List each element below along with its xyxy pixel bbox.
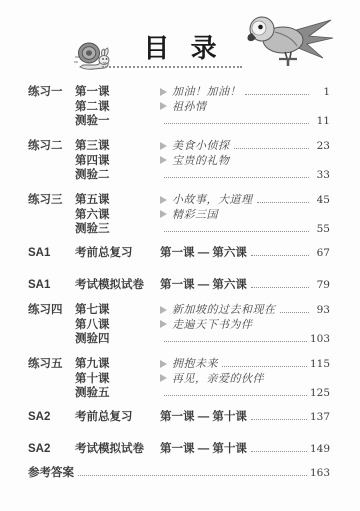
row-content: 第一课 — 第六课 79 [160, 278, 330, 293]
page-number: 115 [310, 357, 330, 372]
toc-row: 测验五 125 [28, 386, 330, 401]
toc-group: 练习四 第七课 新加坡的过去和现在 93 第八课 走遍天下书为伴 [28, 302, 330, 347]
dotted-leader [78, 475, 307, 476]
toc-group: 练习五 第九课 拥抱未来 115 第十课 再见，亲爱的伙伴 测 [28, 356, 330, 401]
lesson-title: 加油！加油！ [172, 84, 241, 99]
page-number: 125 [310, 386, 330, 401]
dotted-leader [222, 366, 307, 367]
lesson-title: 拥抱未来 [172, 356, 218, 371]
item-label: 测验四 [75, 332, 160, 347]
row-content: 加油！加油！ 1 [160, 84, 330, 100]
triangle-bullet-icon [160, 156, 167, 164]
toc-row: 第二课 祖孙情 [28, 99, 330, 114]
toc-group: SA2 考前总复习 第一课 — 第十课 137 [28, 410, 330, 425]
lesson-title: 再见，亲爱的伙伴 [172, 371, 264, 386]
item-label: 考试模拟试卷 [75, 442, 160, 457]
triangle-bullet-icon [160, 196, 167, 204]
toc-page: 目 录 练习一 第一课 加油！ [0, 0, 360, 511]
toc-row: 第四课 宝贵的礼物 [28, 153, 330, 168]
row-content: 11 [160, 114, 330, 129]
toc-row: 第六课 精彩三国 [28, 207, 330, 222]
toc-row: 练习五 第九课 拥抱未来 115 [28, 356, 330, 371]
page-number: 93 [312, 303, 330, 318]
page-number: 137 [310, 410, 330, 425]
page-number: 149 [310, 442, 330, 457]
toc-row: 测验三 55 [28, 222, 330, 237]
toc-row: SA1 考试模拟试卷 第一课 — 第六课 79 [28, 278, 330, 293]
toc-row: 练习二 第三课 美食小侦探 23 [28, 138, 330, 153]
triangle-bullet-icon [160, 306, 167, 314]
section-label: SA1 [28, 278, 75, 293]
page-number: 163 [310, 466, 330, 481]
row-content: 103 [160, 332, 330, 347]
section-label: 练习五 [28, 357, 75, 372]
page-number: 67 [312, 246, 330, 261]
lesson-title: 小故事，大道理 [172, 192, 253, 207]
section-label: 练习四 [28, 303, 75, 318]
item-label: 第三课 [75, 139, 160, 154]
section-label: SA2 [28, 410, 75, 425]
row-content: 小故事，大道理 45 [160, 192, 330, 208]
page-number: 55 [312, 222, 330, 237]
dotted-leader [257, 202, 310, 203]
item-label: 测验一 [75, 114, 160, 129]
item-label: 第六课 [75, 208, 160, 223]
dotted-leader [251, 419, 307, 420]
toc-group: SA2 考试模拟试卷 第一课 — 第十课 149 [28, 442, 330, 457]
row-content: 33 [160, 168, 330, 183]
row-content: 精彩三国 [160, 207, 330, 222]
item-label: 第二课 [75, 100, 160, 115]
toc-row: 练习一 第一课 加油！加油！ 1 [28, 84, 330, 99]
lesson-range: 第一课 — 第六课 [160, 278, 247, 293]
item-label: 测验三 [75, 222, 160, 237]
toc-group: SA1 考试模拟试卷 第一课 — 第六课 79 [28, 278, 330, 293]
toc-row: 练习三 第五课 小故事，大道理 45 [28, 192, 330, 207]
row-content: 第一课 — 第十课 149 [160, 442, 330, 457]
lesson-title: 走遍天下书为伴 [172, 317, 253, 332]
section-label: 练习二 [28, 139, 75, 154]
item-label: 第七课 [75, 303, 160, 318]
toc-list: 练习一 第一课 加油！加油！ 1 第二课 祖孙情 测验一 [0, 84, 360, 481]
row-content: 新加坡的过去和现在 93 [160, 302, 330, 318]
toc-group: SA1 考前总复习 第一课 — 第六课 67 [28, 246, 330, 261]
lesson-title: 新加坡的过去和现在 [172, 302, 276, 317]
page-number: 33 [312, 168, 330, 183]
dotted-leader [251, 287, 309, 288]
row-content: 再见，亲爱的伙伴 [160, 371, 330, 386]
toc-group: 练习三 第五课 小故事，大道理 45 第六课 精彩三国 测验三 [28, 192, 330, 237]
row-content: 第一课 — 第十课 137 [160, 410, 330, 425]
dotted-leader [245, 94, 309, 95]
item-label: 测验二 [75, 168, 160, 183]
page-number: 45 [312, 193, 330, 208]
row-content: 125 [160, 386, 330, 401]
dotted-leader [280, 312, 310, 313]
section-label: SA2 [28, 442, 75, 457]
item-label: 第八课 [75, 318, 160, 333]
section-label: SA1 [28, 246, 75, 261]
section-label: 练习三 [28, 193, 75, 208]
item-label: 第四课 [75, 154, 160, 169]
triangle-bullet-icon [160, 374, 167, 382]
lesson-range: 第一课 — 第十课 [160, 410, 247, 425]
lesson-title: 精彩三国 [172, 207, 218, 222]
toc-group: 练习二 第三课 美食小侦探 23 第四课 宝贵的礼物 测验二 [28, 138, 330, 183]
row-content: 宝贵的礼物 [160, 153, 330, 168]
item-label: 测验五 [75, 386, 160, 401]
item-label: 第十课 [75, 372, 160, 387]
item-label: 考前总复习 [75, 246, 160, 261]
toc-row: 测验四 103 [28, 332, 330, 347]
dotted-leader [164, 395, 307, 396]
page-number: 79 [312, 278, 330, 293]
toc-group: 参考答案 163 [28, 466, 330, 481]
section-label: 参考答案 [28, 466, 74, 481]
lesson-title: 祖孙情 [172, 99, 207, 114]
triangle-bullet-icon [160, 210, 167, 218]
dotted-leader [251, 451, 307, 452]
triangle-bullet-icon [160, 88, 167, 96]
item-label: 考前总复习 [75, 410, 160, 425]
lesson-title: 美食小侦探 [172, 138, 230, 153]
triangle-bullet-icon [160, 320, 167, 328]
row-content: 55 [160, 222, 330, 237]
title-underline [102, 66, 242, 68]
toc-row: SA2 考前总复习 第一课 — 第十课 137 [28, 410, 330, 425]
triangle-bullet-icon [160, 102, 167, 110]
item-label: 第九课 [75, 357, 160, 372]
item-label: 第一课 [75, 85, 160, 100]
row-content: 走遍天下书为伴 [160, 317, 330, 332]
parrot-icon [241, 14, 335, 68]
page-number: 103 [310, 332, 330, 347]
page-number: 23 [312, 139, 330, 154]
dotted-leader [164, 231, 309, 232]
lesson-range: 第一课 — 第十课 [160, 442, 247, 457]
page-number: 1 [312, 85, 330, 100]
lesson-title: 宝贵的礼物 [172, 153, 230, 168]
dotted-leader [251, 255, 309, 256]
triangle-bullet-icon [160, 142, 167, 150]
toc-row: 测验二 33 [28, 168, 330, 183]
toc-row: SA2 考试模拟试卷 第一课 — 第十课 149 [28, 442, 330, 457]
section-label: 练习一 [28, 85, 75, 100]
toc-row: SA1 考前总复习 第一课 — 第六课 67 [28, 246, 330, 261]
row-content: 拥抱未来 115 [160, 356, 330, 372]
toc-row: 第十课 再见，亲爱的伙伴 [28, 371, 330, 386]
dotted-leader [234, 148, 310, 149]
triangle-bullet-icon [160, 360, 167, 368]
item-label: 第五课 [75, 193, 160, 208]
row-content: 美食小侦探 23 [160, 138, 330, 154]
row-content: 祖孙情 [160, 99, 330, 114]
item-label: 考试模拟试卷 [75, 278, 160, 293]
lesson-range: 第一课 — 第六课 [160, 246, 247, 261]
row-content: 第一课 — 第六课 67 [160, 246, 330, 261]
page-number: 11 [312, 114, 330, 129]
toc-group: 练习一 第一课 加油！加油！ 1 第二课 祖孙情 测验一 [28, 84, 330, 129]
dotted-leader [164, 341, 307, 342]
page-header: 目 录 [0, 0, 360, 84]
toc-row: 测验一 11 [28, 114, 330, 129]
toc-row: 第八课 走遍天下书为伴 [28, 317, 330, 332]
dotted-leader [164, 177, 309, 178]
toc-row: 练习四 第七课 新加坡的过去和现在 93 [28, 302, 330, 317]
toc-row: 参考答案 163 [28, 466, 330, 481]
dotted-leader [164, 123, 309, 124]
